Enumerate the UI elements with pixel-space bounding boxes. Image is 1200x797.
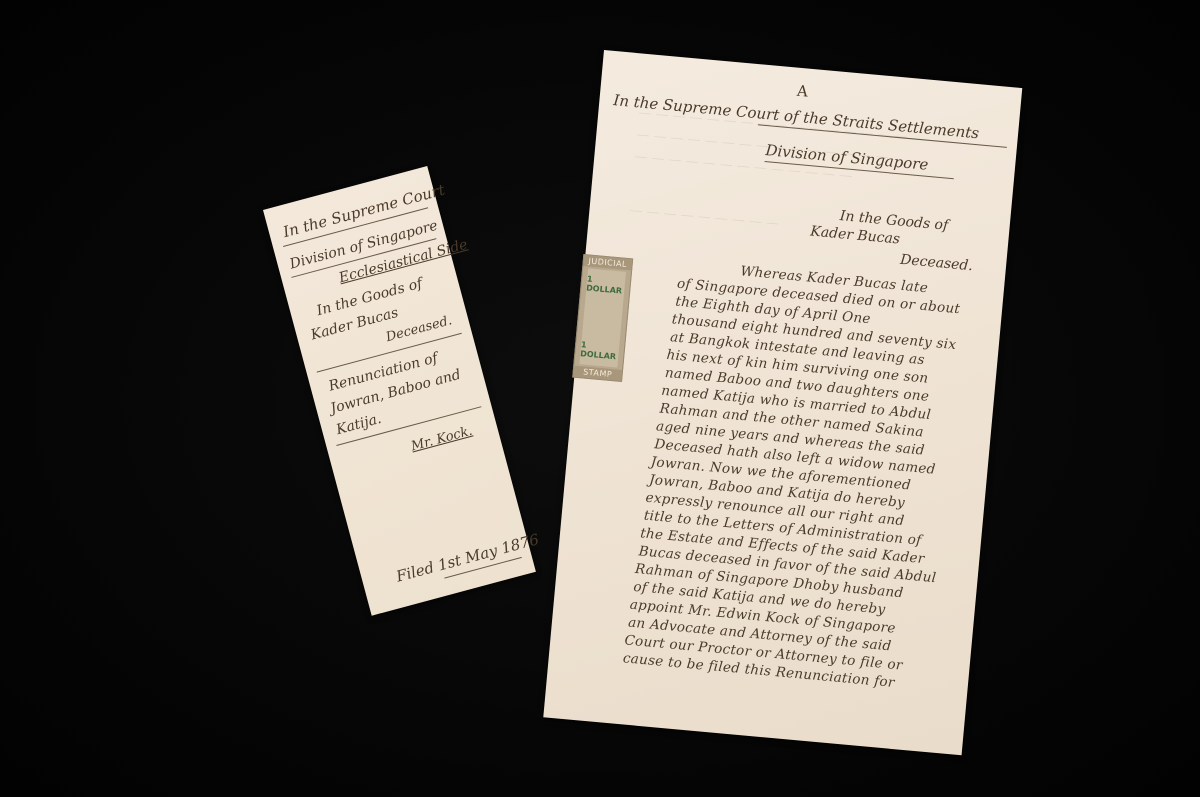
stamp-denomination: 1 DOLLAR xyxy=(586,274,626,295)
small-doc-attorney-line: Mr. Kock. xyxy=(409,424,474,455)
deceased-label: Deceased. xyxy=(899,252,973,275)
document-mark: A xyxy=(796,82,808,101)
small-folded-document: In the Supreme Court Division of Singapo… xyxy=(263,166,536,616)
large-renunciation-document: — — — — — — — — — — — — — — — — — — — — … xyxy=(543,50,1022,755)
stamp-denomination: 1 DOLLAR xyxy=(580,340,620,361)
bleed-through-text: — — — — — — — — — xyxy=(629,203,780,232)
stamp-bottom-label: STAMP xyxy=(573,366,622,381)
judicial-stamp: JUDICIAL 1 DOLLAR 1 DOLLAR STAMP xyxy=(572,254,633,382)
